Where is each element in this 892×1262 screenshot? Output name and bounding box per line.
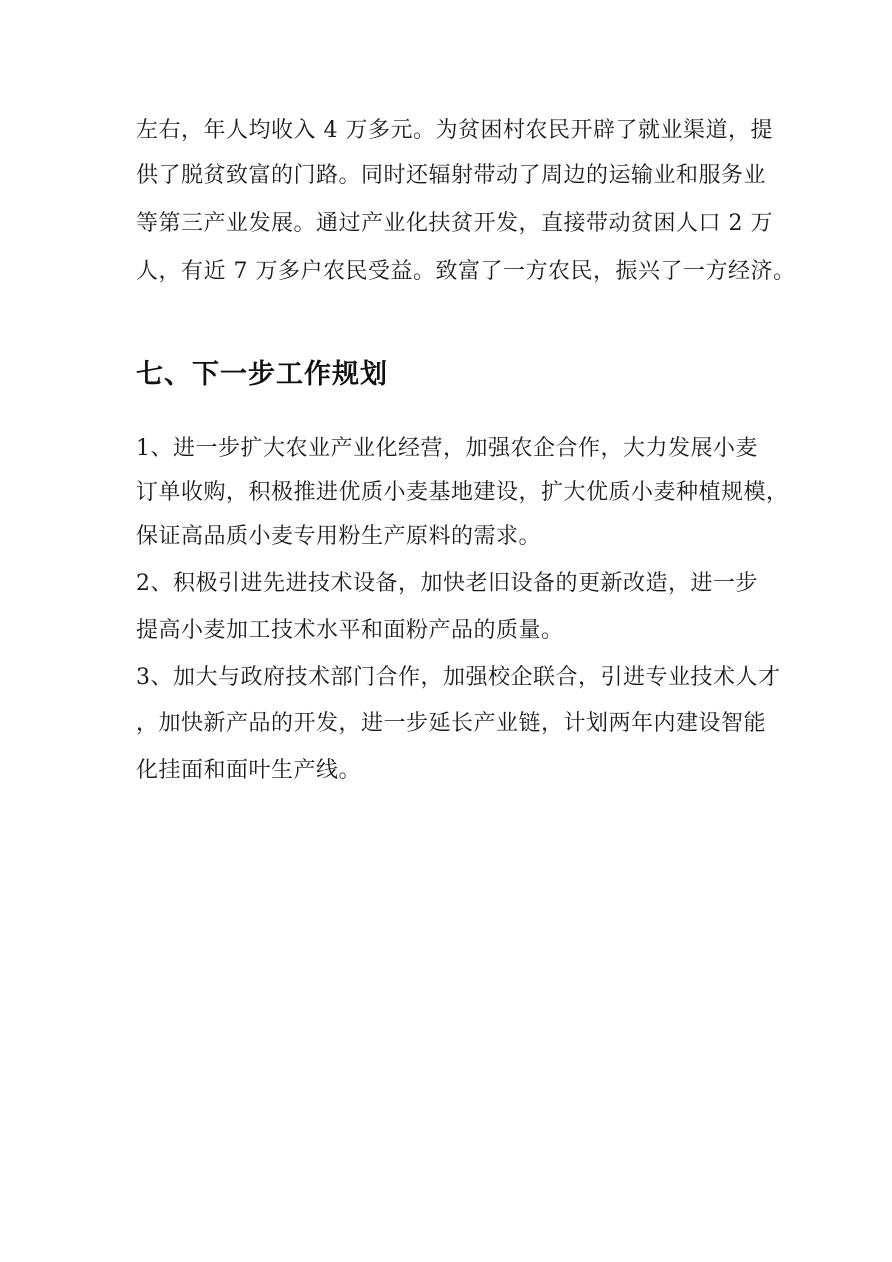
list-item-line: 2、积极引进先进技术设备，加快老旧设备的更新改造，进一步: [136, 569, 758, 599]
section-heading: 七、下一步工作规划: [136, 358, 388, 392]
list-item-line: 订单收购，积极推进优质小麦基地建设，扩大优质小麦种植规模，: [136, 478, 789, 508]
list-item-line: 1、进一步扩大农业产业化经营，加强农企合作，大力发展小麦: [136, 434, 758, 464]
body-text-line: 左右，年人均收入 4 万多元。为贫困村农民开辟了就业渠道，提: [136, 116, 773, 146]
body-text-line: 供了脱贫致富的门路。同时还辐射带动了周边的运输业和服务业: [136, 161, 766, 191]
list-item-line: 3、加大与政府技术部门合作，加强校企联合，引进专业技术人才: [136, 663, 781, 693]
list-item-line: 化挂面和面叶生产线。: [136, 756, 361, 786]
body-text-line: 人，有近 7 万多户农民受益。致富了一方农民，振兴了一方经济。: [136, 257, 796, 287]
body-text-line: 等第三产业发展。通过产业化扶贫开发，直接带动贫困人口 2 万: [136, 209, 773, 239]
list-item-line: ，加快新产品的开发，进一步延长产业链，计划两年内建设智能: [136, 709, 766, 739]
list-item-line: 保证高品质小麦专用粉生产原料的需求。: [136, 522, 541, 552]
document-page: 左右，年人均收入 4 万多元。为贫困村农民开辟了就业渠道，提 供了脱贫致富的门路…: [0, 0, 892, 1262]
list-item-line: 提高小麦加工技术水平和面粉产品的质量。: [136, 616, 564, 646]
